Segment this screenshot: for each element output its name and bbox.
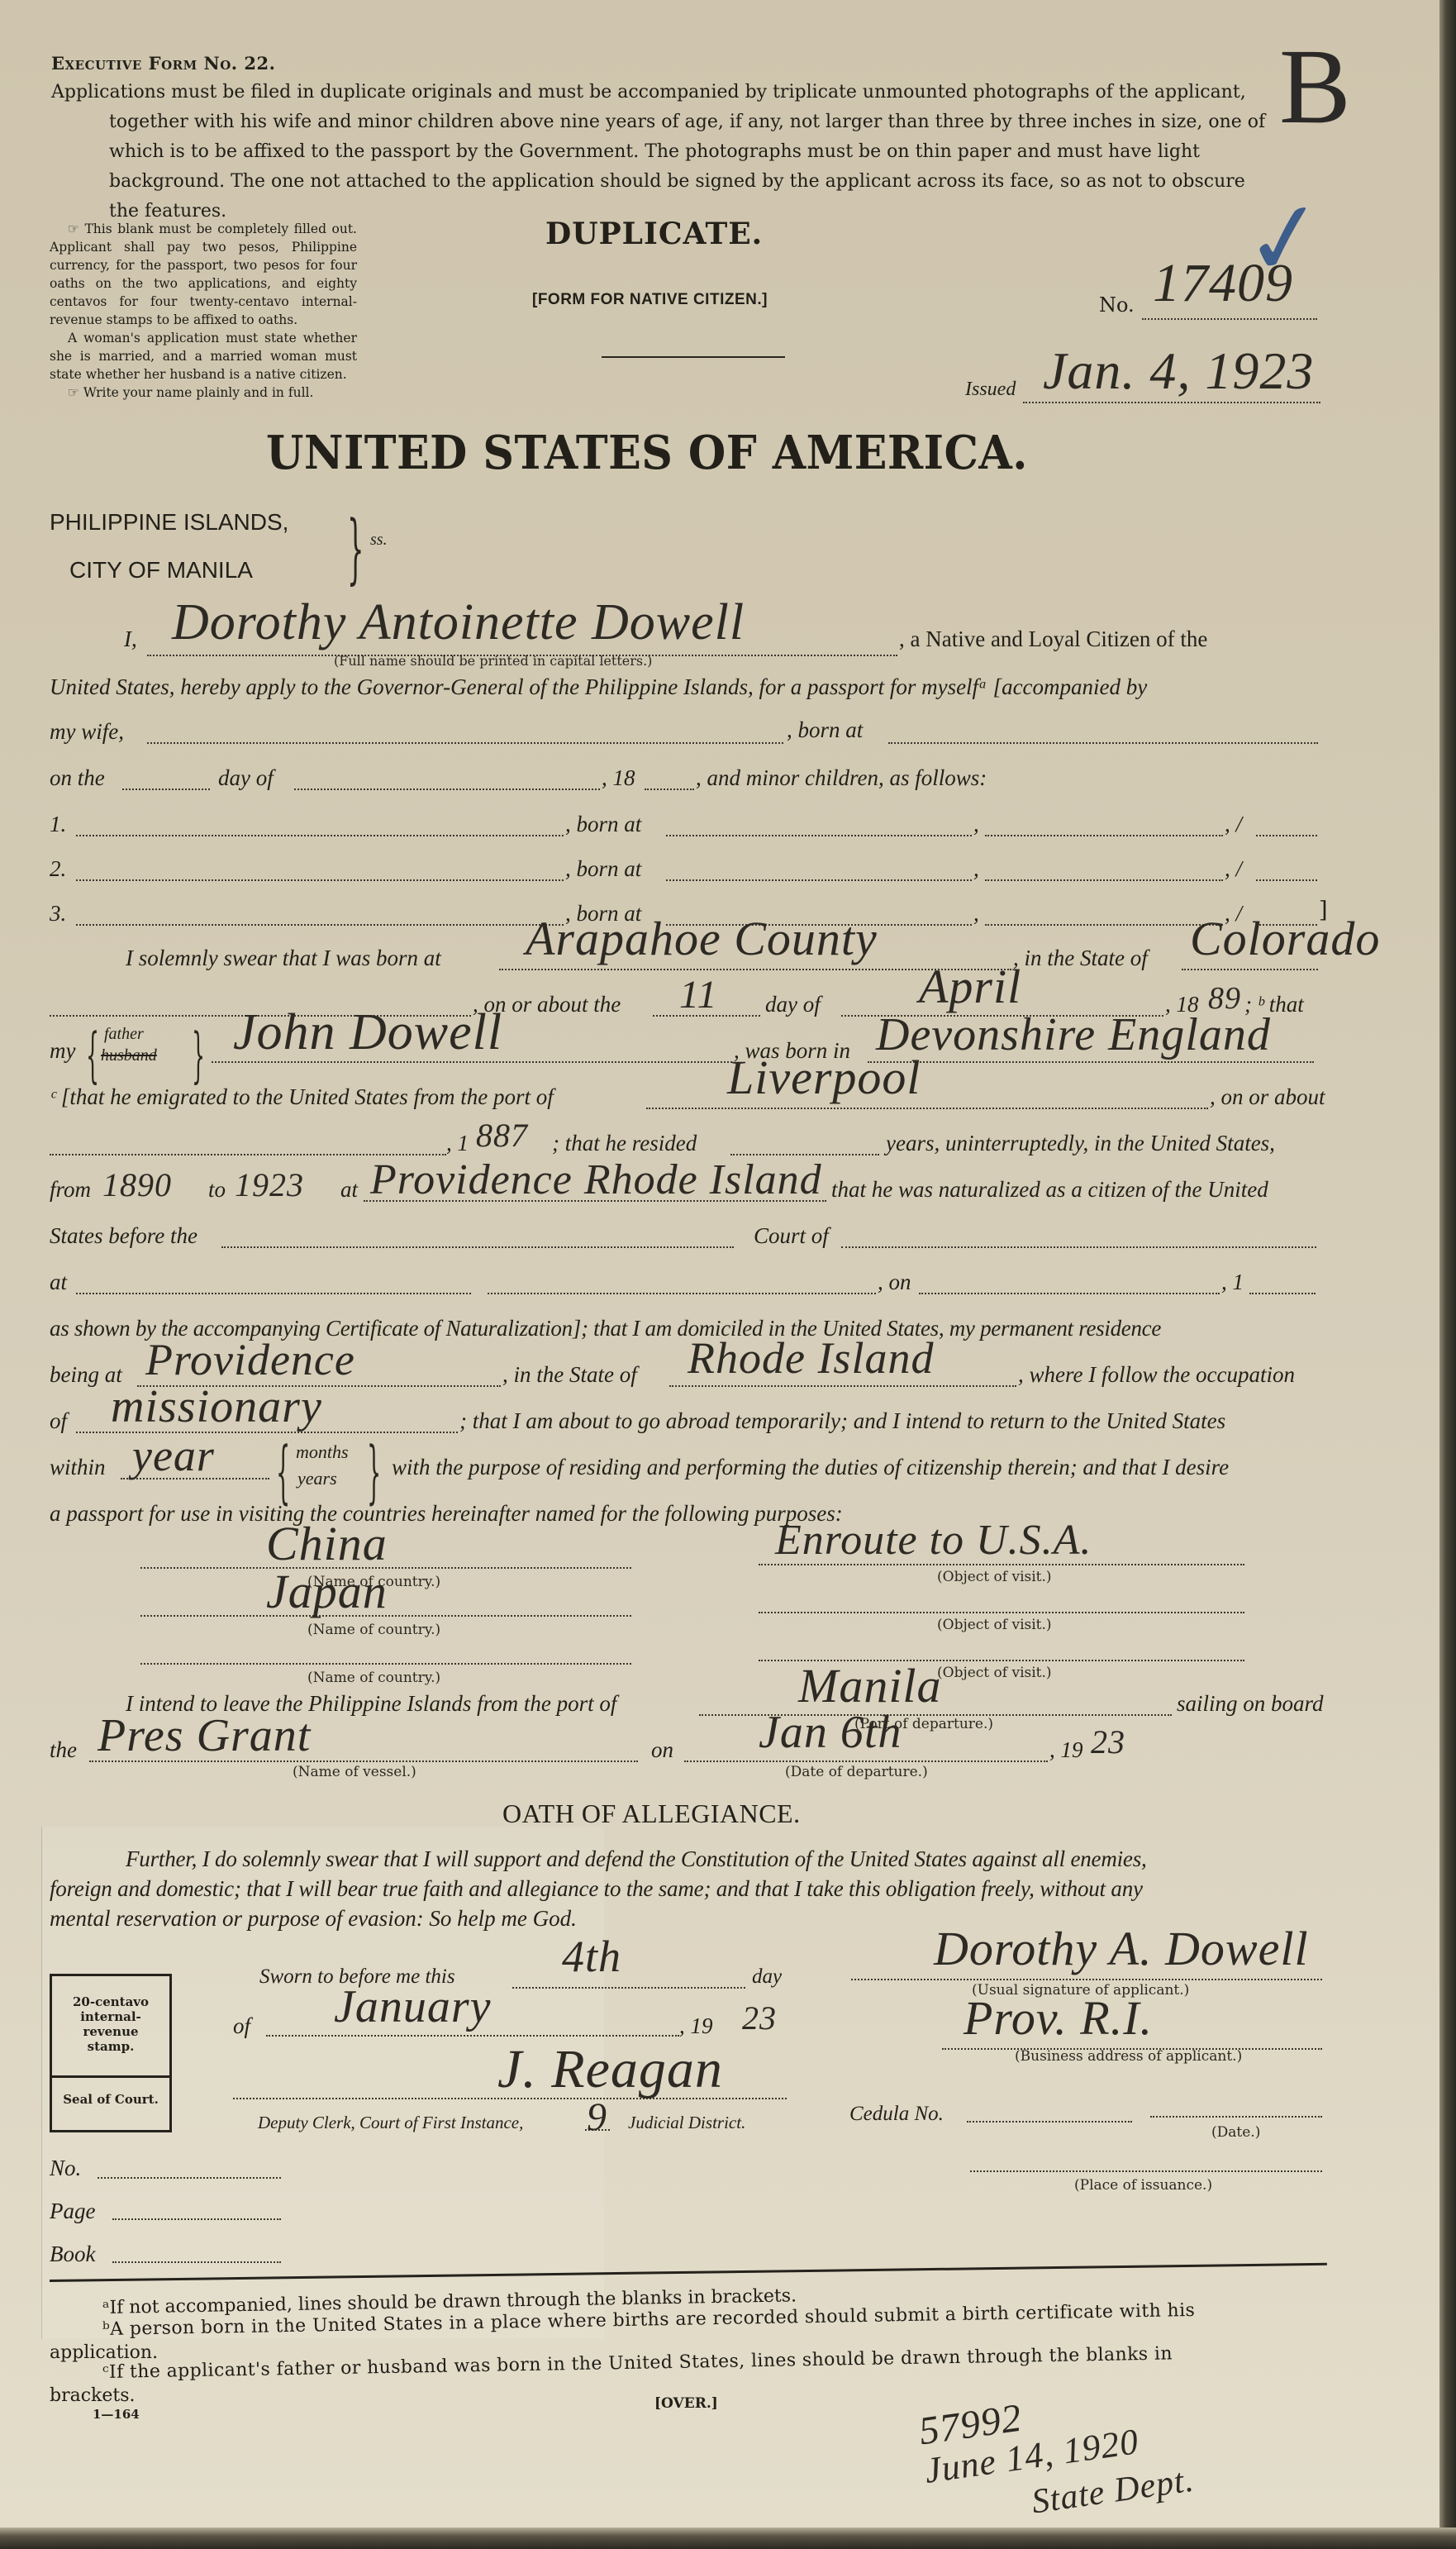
- over-label: [OVER.]: [654, 2395, 718, 2412]
- naturalized-text: that he was naturalized as a citizen of …: [831, 1177, 1268, 1203]
- oath-text-line: foreign and domestic; that I will bear t…: [50, 1876, 1143, 1902]
- country-field[interactable]: Japan: [266, 1564, 388, 1619]
- footnote-c: ᶜIf the applicant's father or husband wa…: [102, 2343, 1173, 2383]
- issued-field-line: [1023, 402, 1320, 403]
- day-of-label-2: day of: [765, 992, 821, 1017]
- child-state-line: [985, 879, 1223, 881]
- child-born-label: , born at: [565, 856, 641, 882]
- comma: ,: [973, 901, 979, 927]
- emigration-year-field[interactable]: 887: [476, 1116, 528, 1155]
- child-birthplace-line: [666, 835, 972, 836]
- footnote-b-cont: application.: [50, 2342, 158, 2363]
- margin-initial-mark: B: [1279, 25, 1352, 149]
- stamp-label: 20-centavo internal-revenue stamp.: [59, 1994, 163, 2054]
- father-birthplace-line: [868, 1061, 1314, 1063]
- vessel-field[interactable]: Pres Grant: [98, 1709, 311, 1762]
- pointing-hand-icon: ☞: [68, 385, 79, 400]
- day-of-label: day of: [218, 765, 274, 791]
- birth-state-line: [1182, 969, 1318, 970]
- brace-right: }: [367, 1433, 381, 1512]
- sworn-day-line: [512, 1987, 745, 1989]
- page-title: UNITED STATES OF AMERICA.: [266, 426, 1028, 480]
- instruction-line: which is to be affixed to the passport b…: [109, 137, 1200, 167]
- registry-book-line: [112, 2261, 281, 2263]
- purpose-text: with the purpose of residing and perform…: [392, 1455, 1229, 1480]
- side-note-woman: A woman's application must state whether…: [50, 329, 357, 384]
- issued-label: Issued: [965, 379, 1016, 401]
- name-caption: (Full name should be printed in capital …: [334, 653, 652, 669]
- the-label: the: [50, 1737, 77, 1763]
- divider: [602, 356, 785, 358]
- departure-year-prefix: , 19: [1049, 1737, 1083, 1763]
- side-note-name: Write your name plainly and in full.: [83, 385, 314, 400]
- child-name-line: [76, 835, 564, 836]
- document-page: Executive Form No. 22. Applications must…: [0, 0, 1439, 2529]
- departure-date-line: [684, 1760, 1048, 1762]
- registry-book-label: Book: [50, 2242, 95, 2267]
- departure-port-field[interactable]: Manila: [798, 1658, 942, 1713]
- country-caption: (Name of country.): [307, 1622, 440, 1638]
- applicant-name-field[interactable]: Dorothy Antoinette Dowell: [172, 593, 745, 652]
- naturalization-year-line: [1249, 1293, 1316, 1294]
- object-caption: (Object of visit.): [937, 1617, 1052, 1633]
- wife-day-line: [122, 789, 210, 790]
- solemnly-swear-text: I solemnly swear that I was born at: [126, 946, 441, 971]
- duration-field[interactable]: year: [132, 1430, 215, 1481]
- number-field-line: [1142, 318, 1317, 320]
- emigrated-text: ᶜ [that he emigrated to the United State…: [50, 1084, 554, 1110]
- sworn-day-field[interactable]: 4th: [562, 1931, 621, 1982]
- states-before-label: States before the: [50, 1223, 197, 1249]
- emig-year-prefix: , 1: [446, 1131, 469, 1156]
- departure-date-field[interactable]: Jan 6th: [759, 1706, 902, 1759]
- at-label-2: at: [50, 1270, 67, 1295]
- stamp-divider: [52, 2075, 169, 2078]
- page-edge-bottom: [0, 2528, 1456, 2549]
- wife-born-label: , born at: [787, 717, 863, 743]
- at-label: at: [340, 1177, 358, 1203]
- place-caption: (Place of issuance.): [1074, 2177, 1212, 2194]
- country-caption: (Name of country.): [307, 1670, 440, 1686]
- port-line: [646, 1108, 1208, 1109]
- comma: ,: [973, 812, 979, 837]
- residence-state-line: [669, 1385, 1016, 1387]
- naturalization-date-line: [919, 1293, 1220, 1294]
- print-code: 1—164: [93, 2407, 140, 2422]
- judicial-district-label: Judicial District.: [628, 2113, 745, 2133]
- object-line: [759, 1612, 1244, 1613]
- father-residence-field[interactable]: Providence Rhode Island: [370, 1155, 822, 1204]
- venue-line-1: PHILIPPINE ISLANDS,: [50, 509, 288, 536]
- child-born-label: , born at: [565, 812, 641, 837]
- years-uninterrupted-text: years, uninterruptedly, in the United St…: [886, 1131, 1275, 1156]
- registry-no-line: [98, 2177, 281, 2179]
- abroad-text: ; that I am about to go abroad temporari…: [459, 1408, 1225, 1434]
- on-label-2: on: [651, 1737, 673, 1763]
- year-prefix: , 18: [602, 765, 635, 791]
- child-number: 3.: [50, 901, 66, 927]
- wife-born-line: [888, 742, 1318, 744]
- wife-month-line: [294, 789, 600, 790]
- oath-text-line: Further, I do solemnly swear that I will…: [126, 1846, 1147, 1872]
- cedula-place-line: [970, 2170, 1322, 2172]
- children-intro: , and minor children, as follows:: [696, 765, 987, 791]
- object-field[interactable]: Enroute to U.S.A.: [775, 1516, 1092, 1565]
- residence-city-field[interactable]: Providence: [145, 1334, 355, 1385]
- blue-checkmark-icon: ✓: [1236, 177, 1335, 303]
- address-caption: (Business address of applicant.): [1015, 2048, 1242, 2065]
- instruction-line: background. The one not attached to the …: [109, 167, 1245, 197]
- emigration-port-field[interactable]: Liverpool: [727, 1050, 921, 1105]
- child-state-line: [985, 835, 1223, 836]
- oath-title: OATH OF ALLEGIANCE.: [502, 1799, 801, 1829]
- birth-month-field[interactable]: April: [919, 959, 1021, 1014]
- occupation-field[interactable]: missionary: [111, 1380, 322, 1433]
- name-prefix: I,: [124, 627, 137, 652]
- court-place-line: [841, 1246, 1316, 1248]
- court-name-line: [221, 1246, 734, 1248]
- oath-text-line: mental reservation or purpose of evasion…: [50, 1906, 577, 1932]
- duplicate-title: DUPLICATE.: [545, 217, 763, 251]
- seal-label: Seal of Court.: [55, 2092, 166, 2107]
- apply-text: United States, hereby apply to the Gover…: [50, 674, 1147, 700]
- country-line: [140, 1663, 631, 1665]
- to-year-field[interactable]: 1923: [235, 1165, 304, 1204]
- cedula-label: Cedula No.: [849, 2103, 944, 2126]
- residence-state-label: , in the State of: [502, 1362, 637, 1388]
- from-year-field[interactable]: 1890: [102, 1165, 172, 1204]
- footnote-c-cont: brackets.: [50, 2385, 136, 2406]
- state-label: , in the State of: [1013, 946, 1148, 971]
- child-year-line: [1256, 835, 1317, 836]
- comma: ,: [973, 856, 979, 882]
- district-field[interactable]: 9: [587, 2094, 607, 2140]
- business-address-field[interactable]: Prov. R.I.: [964, 1990, 1153, 2046]
- child-name-line: [76, 924, 564, 926]
- citizen-text: , a Native and Loyal Citizen of the: [899, 627, 1207, 652]
- birth-day-field[interactable]: 11: [679, 972, 717, 1017]
- resided-label: ; that he resided: [552, 1131, 697, 1156]
- nat-year-prefix: , 1: [1221, 1270, 1244, 1295]
- sworn-month-line: [266, 2035, 679, 2037]
- applicant-signature[interactable]: Dorothy A. Dowell: [934, 1921, 1309, 1976]
- country-field[interactable]: China: [266, 1516, 388, 1571]
- child-number: 1.: [50, 812, 66, 837]
- sworn-year-prefix: , 19: [679, 2013, 713, 2039]
- day-label: day: [752, 1965, 782, 1989]
- passport-use-text: a passport for use in visiting the count…: [50, 1501, 843, 1527]
- of-label-2: of: [233, 2013, 250, 2039]
- vessel-caption: (Name of vessel.): [293, 1764, 416, 1780]
- comma: , /: [1225, 856, 1242, 882]
- instruction-line: together with his wife and minor childre…: [109, 107, 1265, 137]
- wife-year-line: [645, 789, 694, 790]
- issued-date[interactable]: Jan. 4, 1923: [1043, 341, 1314, 402]
- form-subtitle: [FORM FOR NATIVE CITIZEN.]: [532, 291, 768, 309]
- father-birthplace-field[interactable]: Devonshire England: [876, 1008, 1271, 1061]
- page-edge-right: [1439, 0, 1456, 2549]
- cedula-date-line: [1150, 2116, 1322, 2118]
- child-state-line: [985, 924, 1223, 926]
- departure-year-field[interactable]: 23: [1091, 1722, 1125, 1761]
- child-number: 2.: [50, 856, 66, 882]
- registry-page-label: Page: [50, 2199, 95, 2224]
- brace-left: {: [86, 1020, 99, 1089]
- object-caption: (Object of visit.): [937, 1665, 1052, 1681]
- cedula-number-line: [967, 2121, 1132, 2123]
- on-the-label: on the: [50, 765, 105, 791]
- venue-brace: }: [347, 504, 364, 593]
- option-years[interactable]: years: [297, 1468, 337, 1489]
- deputy-clerk-label: Deputy Clerk, Court of First Instance,: [258, 2113, 523, 2133]
- object-caption: (Object of visit.): [937, 1569, 1052, 1585]
- sworn-year-field[interactable]: 23: [742, 1999, 777, 2037]
- applicant-signature-line: [851, 1979, 1322, 1980]
- option-husband-struck[interactable]: husband: [101, 1046, 157, 1065]
- venue-line-2: CITY OF MANILA: [69, 557, 253, 584]
- sworn-month-field[interactable]: January: [334, 1980, 492, 2033]
- on-label: , on: [878, 1270, 911, 1295]
- birthplace-field[interactable]: Arapahoe County: [526, 911, 878, 966]
- on-or-about-2: , on or about: [1210, 1084, 1325, 1110]
- form-number: Executive Form No. 22.: [51, 53, 275, 74]
- brace-left: {: [276, 1433, 290, 1512]
- option-months[interactable]: months: [296, 1441, 349, 1463]
- option-father[interactable]: father: [104, 1025, 144, 1044]
- of-label: of: [50, 1408, 67, 1434]
- instruction-line: Applications must be filed in duplicate …: [51, 78, 1246, 107]
- date-caption: (Date of departure.): [785, 1764, 928, 1780]
- court-state-line: [488, 1293, 876, 1294]
- stamp-box: 20-centavo internal-revenue stamp. Seal …: [50, 1974, 172, 2132]
- wife-name-line: [147, 742, 783, 744]
- clerk-signature[interactable]: J. Reagan: [497, 2038, 723, 2101]
- from-label: from: [50, 1177, 91, 1203]
- child-birthplace-line: [666, 879, 972, 881]
- cedula-date-caption: (Date.): [1211, 2124, 1260, 2141]
- my-label: my: [50, 1038, 75, 1064]
- comma: , /: [1225, 812, 1242, 837]
- registry-page-line: [112, 2218, 281, 2220]
- father-name-field[interactable]: John Dowell: [233, 1003, 502, 1062]
- registry-no-label: No.: [50, 2156, 81, 2181]
- birth-state-field[interactable]: Colorado: [1190, 911, 1380, 966]
- side-note: ☞ This blank must be completely filled o…: [50, 220, 357, 402]
- child-name-line: [76, 879, 564, 881]
- to-label: to: [208, 1177, 226, 1203]
- court-at-line: [76, 1293, 471, 1294]
- court-of-label: Court of: [754, 1223, 829, 1249]
- child-year-line: [1256, 879, 1317, 881]
- sailing-label: sailing on board: [1177, 1691, 1324, 1717]
- within-label: within: [50, 1455, 106, 1480]
- brace-right: }: [192, 1020, 205, 1089]
- occupation-label: , where I follow the occupation: [1018, 1362, 1295, 1388]
- side-note-fees: This blank must be completely filled out…: [50, 222, 357, 327]
- number-label: No.: [1099, 293, 1135, 317]
- pointing-hand-icon: ☞: [68, 222, 79, 236]
- wife-label: my wife,: [50, 719, 124, 745]
- residence-state-field[interactable]: Rhode Island: [688, 1332, 934, 1384]
- venue-ss: ss.: [370, 531, 388, 550]
